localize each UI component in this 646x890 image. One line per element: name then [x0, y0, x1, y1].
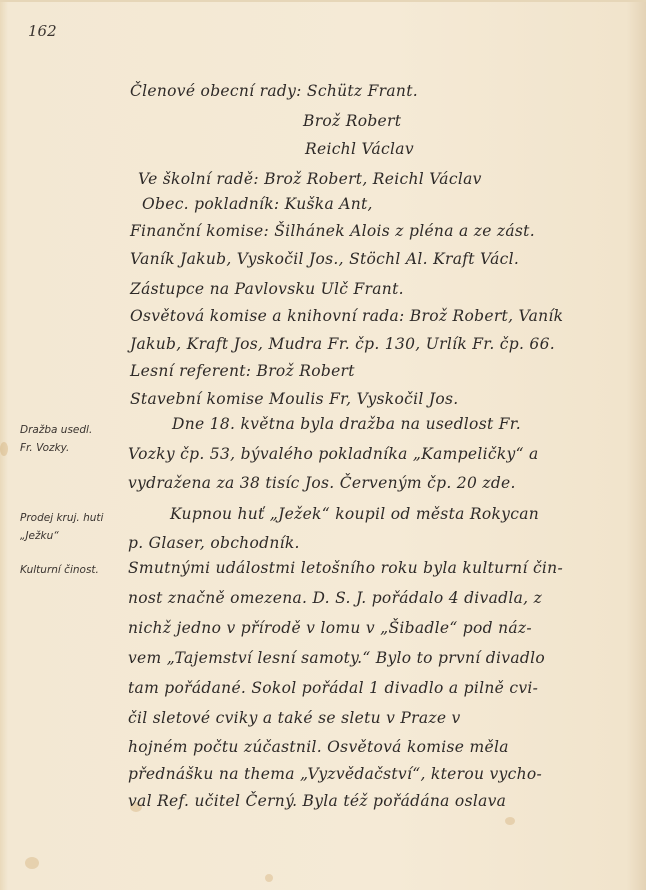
- handwritten-line: hojném počtu zúčastnil. Osvětová komise …: [128, 738, 509, 756]
- handwritten-line: nichž jedno v přírodě v lomu v „Šibadle“…: [128, 619, 532, 637]
- handwritten-line: Osvětová komise a knihovní rada: Brož Ro…: [130, 307, 563, 325]
- handwritten-line: Členové obecní rady: Schütz Frant.: [130, 82, 418, 100]
- paper-stain: [265, 874, 273, 882]
- handwritten-line: Brož Robert: [303, 112, 401, 130]
- margin-note: Dražba usedl.: [20, 424, 92, 436]
- handwritten-line: Kupnou huť „Ježek“ koupil od města Rokyc…: [170, 505, 539, 523]
- handwritten-line: Reichl Václav: [305, 140, 414, 158]
- handwritten-line: vem „Tajemství lesní samoty.“ Bylo to pr…: [128, 649, 545, 667]
- handwritten-line: p. Glaser, obchodník.: [128, 534, 300, 552]
- handwritten-line: nost značně omezena. D. S. J. pořádalo 4…: [128, 589, 542, 607]
- handwritten-line: Vozky čp. 53, bývalého pokladníka „Kampe…: [128, 445, 539, 463]
- handwritten-line: čil sletové cviky a také se sletu v Praz…: [128, 709, 461, 727]
- handwritten-line: Finanční komise: Šilhánek Alois z pléna …: [130, 222, 535, 240]
- margin-note: „Ježku“: [20, 530, 59, 542]
- handwritten-line: Ve školní radě: Brož Robert, Reichl Václ…: [138, 170, 482, 188]
- handwritten-line: přednášku na thema „Vyzvědačství“, ktero…: [128, 765, 542, 783]
- handwritten-line: Lesní referent: Brož Robert: [130, 362, 355, 380]
- handwritten-line: Smutnými událostmi letošního roku byla k…: [128, 559, 563, 577]
- page-number: 162: [28, 22, 57, 40]
- margin-note: Prodej kruj. huti: [20, 512, 103, 524]
- handwritten-line: Stavební komise Moulis Fr, Vyskočil Jos.: [130, 390, 459, 408]
- handwritten-line: Vaník Jakub, Vyskočil Jos., Stöchl Al. K…: [130, 250, 519, 268]
- handwritten-line: Zástupce na Pavlovsku Ulč Frant.: [130, 280, 404, 298]
- paper-stain: [505, 817, 515, 825]
- handwritten-line: vydražena za 38 tisíc Jos. Červeným čp. …: [128, 474, 516, 492]
- handwritten-line: val Ref. učitel Černý. Byla též pořádána…: [128, 792, 506, 810]
- margin-note: Fr. Vozky.: [20, 442, 69, 454]
- handwritten-line: Dne 18. května byla dražba na usedlost F…: [172, 415, 521, 433]
- handwritten-line: tam pořádané. Sokol pořádal 1 divadlo a …: [128, 679, 538, 697]
- manuscript-page: 162 Členové obecní rady: Schütz Frant.Br…: [0, 0, 646, 890]
- margin-note: Kulturní činost.: [20, 564, 99, 576]
- paper-stain: [0, 442, 8, 456]
- paper-stain: [25, 857, 39, 869]
- handwritten-line: Obec. pokladník: Kuška Ant,: [142, 195, 373, 213]
- handwritten-line: Jakub, Kraft Jos, Mudra Fr. čp. 130, Url…: [130, 335, 555, 353]
